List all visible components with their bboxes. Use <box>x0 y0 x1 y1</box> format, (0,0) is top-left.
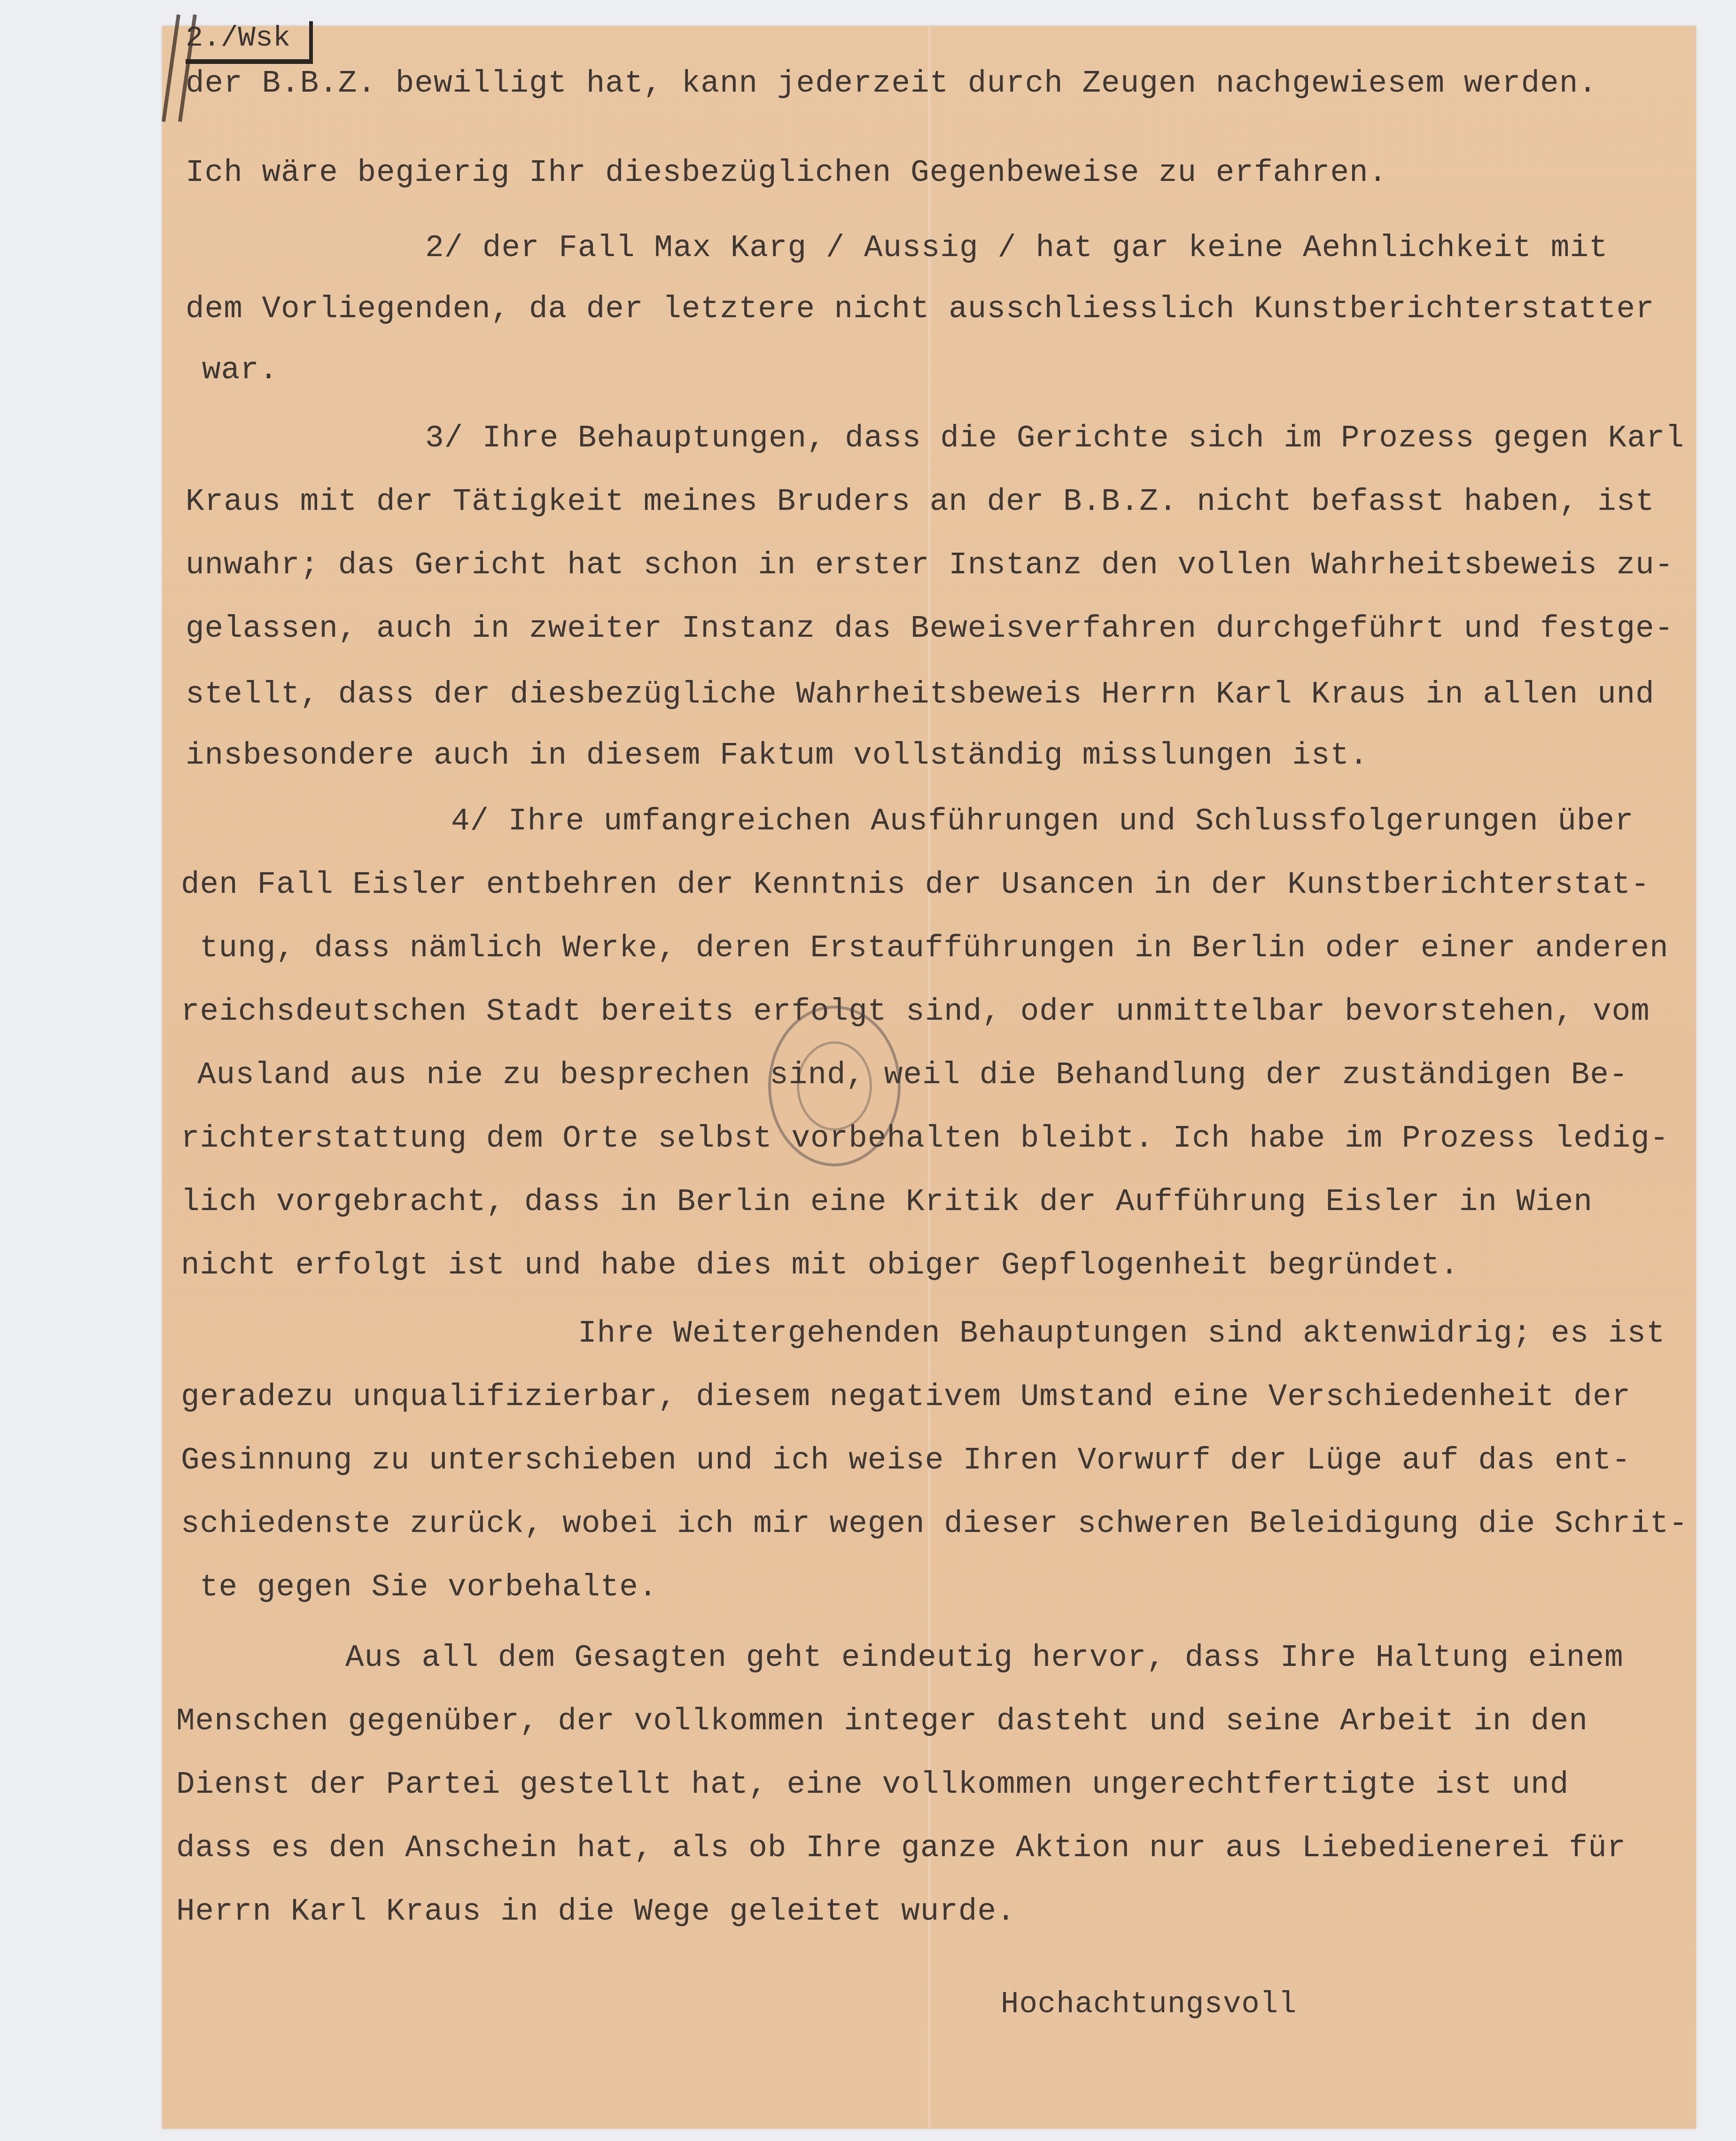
text-line: lich vorgebracht, dass in Berlin eine Kr… <box>181 1184 1593 1219</box>
text-line: geradezu unqualifizierbar, diesem negati… <box>181 1379 1631 1414</box>
text-line: Aus all dem Gesagten geht eindeutig herv… <box>345 1640 1624 1675</box>
text-line: Ausland aus nie zu besprechen sind, weil… <box>197 1057 1628 1093</box>
text-line: insbesondere auch in diesem Faktum volls… <box>186 738 1369 773</box>
text-line: dass es den Anschein hat, als ob Ihre ga… <box>176 1830 1626 1866</box>
text-line: unwahr; das Gericht hat schon in erster … <box>186 547 1674 583</box>
text-line: war. <box>202 352 278 388</box>
text-line: Gesinnung zu unterschieben und ich weise… <box>181 1443 1631 1478</box>
text-line: 2/ der Fall Max Karg / Aussig / hat gar … <box>425 230 1608 266</box>
text-line: dem Vorliegenden, da der letztere nicht … <box>186 291 1655 327</box>
text-line: der B.B.Z. bewilligt hat, kann jederzeit… <box>186 66 1597 101</box>
text-line: gelassen, auch in zweiter Instanz das Be… <box>186 611 1674 646</box>
text-line: Ich wäre begierig Ihr diesbezüglichen Ge… <box>186 155 1387 190</box>
text-line: Kraus mit der Tätigkeit meines Bruders a… <box>186 484 1655 519</box>
text-line: Menschen gegenüber, der vollkommen integ… <box>176 1703 1588 1739</box>
text-line: te gegen Sie vorbehalte. <box>200 1570 658 1605</box>
reference-note: 2./Wsk <box>186 21 313 64</box>
text-line: 4/ Ihre umfangreichen Ausführungen und S… <box>451 804 1634 839</box>
text-line: 3/ Ihre Behauptungen, dass die Gerichte … <box>425 421 1684 456</box>
text-line: schiedenste zurück, wobei ich mir wegen … <box>181 1506 1688 1541</box>
text-line: Dienst der Partei gestellt hat, eine vol… <box>176 1767 1569 1802</box>
text-line: tung, dass nämlich Werke, deren Erstauff… <box>200 930 1669 966</box>
text-line: richterstattung dem Orte selbst vorbehal… <box>181 1121 1669 1156</box>
text-line: Herrn Karl Kraus in die Wege geleitet wu… <box>176 1894 1016 1929</box>
official-stamp <box>768 1006 901 1166</box>
closing-salutation: Hochachtungsvoll <box>1001 1988 1297 2022</box>
text-line: nicht erfolgt ist und habe dies mit obig… <box>181 1248 1459 1283</box>
text-line: Ihre Weitergehenden Behauptungen sind ak… <box>578 1316 1666 1351</box>
text-line: stellt, dass der diesbezügliche Wahrheit… <box>186 677 1655 712</box>
text-line: reichsdeutschen Stadt bereits erfolgt si… <box>181 994 1650 1029</box>
text-line: den Fall Eisler entbehren der Kenntnis d… <box>181 867 1650 902</box>
